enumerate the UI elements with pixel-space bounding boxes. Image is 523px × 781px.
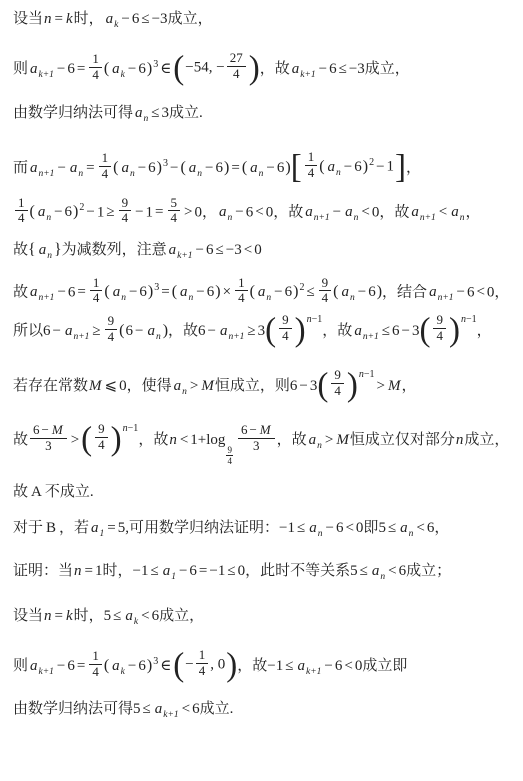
operator: − [322, 658, 334, 674]
exponent: n−1 [359, 369, 375, 382]
variable-with-subscript: an [370, 563, 386, 579]
text: −54, − [185, 60, 224, 76]
operator: ≤ [283, 658, 295, 674]
variable-with-subscript: an [217, 204, 233, 220]
subscript: k+1 [39, 70, 54, 80]
subscript: n+1 [314, 213, 330, 223]
delimited-group: (94)n−1 [419, 314, 476, 347]
open-delimiter-icon: ( [265, 313, 276, 347]
subscript: n [46, 213, 51, 223]
variable: k [65, 11, 74, 27]
numerator: 1 [89, 649, 102, 665]
numerator: 6−M [30, 423, 67, 439]
text: 成立， [464, 432, 509, 448]
text: 6 [354, 159, 362, 175]
open-delimiter-icon: ( [419, 313, 430, 347]
operator: < [437, 204, 449, 220]
operator: − [136, 160, 148, 176]
fraction: 14 [305, 150, 318, 180]
variable: M [51, 422, 64, 437]
operator: = [75, 61, 87, 77]
subscript: k+1 [39, 667, 54, 677]
math-line-12: 对于B，若a1=5,可用数学归纳法证明：−1≤an−6<0即5≤an<6， [13, 519, 519, 541]
denominator: 4 [331, 384, 344, 399]
subscript: k+1 [306, 667, 321, 677]
subscript: n [266, 293, 271, 303]
text: 3 [310, 378, 318, 394]
open-delimiter-icon: ( [173, 51, 184, 85]
denominator: 4 [89, 665, 102, 680]
variable-with-subscript: an+1 [303, 204, 330, 220]
subscript: k+1 [300, 70, 315, 80]
text: −1 [279, 520, 295, 536]
operator: − [264, 160, 276, 176]
variable-with-subscript: an [37, 242, 53, 258]
text: 3 [412, 323, 420, 339]
delimited-group: (an−6)2 [319, 159, 374, 175]
math-line-3: 由数学归纳法可得an≤3成立. [13, 104, 519, 126]
numerator: 1 [196, 648, 209, 664]
group-content: an−6 [35, 204, 73, 220]
numerator: 9 [105, 314, 118, 330]
operator: − [51, 323, 63, 339]
operator: < [414, 520, 426, 536]
text: −3 [152, 11, 168, 27]
text: ， [477, 323, 492, 339]
variable-with-subscript: an [398, 520, 414, 536]
text: ， [202, 204, 217, 220]
variable: a [112, 284, 122, 300]
variable: a [327, 159, 337, 175]
text: 3 [162, 105, 170, 121]
close-delimiter-icon: ) [147, 657, 152, 674]
operator: − [133, 323, 145, 339]
text: , 0 [210, 657, 225, 673]
group-content: an−6 [339, 284, 377, 300]
subscript: n [121, 293, 126, 303]
operator: > [69, 432, 81, 448]
operator: < [474, 284, 486, 300]
text: −1 [209, 563, 225, 579]
group-content: 94 [276, 315, 295, 345]
text: 6 [207, 284, 215, 300]
variable: a [168, 242, 178, 258]
fraction: 94 [433, 313, 446, 343]
open-delimiter-icon: ( [173, 648, 184, 682]
fraction: 274 [227, 51, 246, 81]
variable: a [162, 563, 172, 579]
group-content: 94 [430, 315, 449, 345]
variable: n [43, 608, 53, 624]
operator: − [206, 323, 218, 339]
operator: − [323, 520, 335, 536]
subscript: n [228, 213, 233, 223]
text: 1+ [190, 432, 206, 448]
text: 6 [216, 160, 224, 176]
variable: a [111, 658, 121, 674]
group-content: 94 [92, 424, 111, 454]
operator: − [272, 284, 284, 300]
subscript: k [114, 20, 118, 30]
numerator: 6−M [238, 423, 275, 439]
log-base-numerator: 9 [226, 445, 233, 456]
text: 故 [13, 284, 28, 300]
text: 6 [43, 323, 51, 339]
log-base-fraction: 94 [226, 445, 233, 467]
fraction: 14 [15, 196, 28, 226]
subscript: 1 [100, 529, 105, 539]
variable: n [455, 432, 465, 448]
text: 由数学归纳法可得 [13, 701, 133, 717]
text: 6 [65, 204, 73, 220]
subscript: n+1 [438, 293, 454, 303]
operator: = [153, 204, 165, 220]
delimited-group: (an−6)2 [250, 284, 305, 300]
subscript: n+1 [39, 293, 55, 303]
math-line-7: 故an+1−6=14(an−6)3=(an−6)×14(an−6)2≤94(an… [13, 278, 519, 308]
text: 时， [74, 608, 104, 624]
text: 成立即 [362, 658, 407, 674]
operator: − [247, 422, 258, 437]
text: ，此时不等关系 [245, 563, 350, 579]
delimited-group: (−14, 0) [173, 649, 237, 682]
operator: − [194, 284, 206, 300]
operator: ≤ [358, 563, 370, 579]
operator: ≥ [90, 323, 102, 339]
subscript: n+1 [39, 169, 55, 179]
denominator: 4 [95, 438, 108, 453]
close-delimiter-icon: ) [73, 203, 78, 220]
text: ，故 [260, 61, 290, 77]
subscript: n [354, 213, 359, 223]
operator: > [182, 204, 194, 220]
operator: < [342, 658, 354, 674]
denominator: 4 [235, 291, 248, 306]
operator: − [177, 563, 189, 579]
subscript: n [350, 293, 355, 303]
denominator: 3 [250, 439, 263, 454]
text: 成立. [169, 105, 203, 121]
variable-with-subscript: an+1 [409, 204, 436, 220]
numerator: 9 [95, 422, 108, 438]
text: 时， [74, 11, 104, 27]
variable-with-subscript: an [36, 204, 52, 220]
operator: − [55, 658, 67, 674]
variable: a [341, 284, 351, 300]
delimited-group: (94)n−1 [81, 423, 138, 456]
text: 6 [189, 563, 197, 579]
variable: k [65, 608, 74, 624]
variable-with-subscript: an [172, 378, 188, 394]
fraction: 94 [105, 314, 118, 344]
fraction: 94 [95, 422, 108, 452]
text: 6 [206, 242, 214, 258]
group-content: an−6 [325, 159, 363, 175]
variable: a [120, 160, 130, 176]
math-line-13: 证明：当n=1时，−1≤a1−6=−1≤0，此时不等关系5≤an<6成立； [13, 562, 519, 584]
math-line-16: 由数学归纳法可得5≤ak+1<6成立. [13, 700, 519, 722]
numerator: 5 [168, 196, 181, 212]
text: − [185, 657, 193, 673]
text: 6 [67, 658, 75, 674]
open-delimiter-icon: ( [317, 368, 328, 402]
variable: n [43, 11, 53, 27]
denominator: 4 [305, 166, 318, 181]
text: ，故 [273, 204, 303, 220]
operator: ≤ [141, 701, 153, 717]
text: 6 [368, 284, 376, 300]
close-delimiter-icon: ) [111, 422, 122, 456]
denominator: 4 [433, 329, 446, 344]
operator: × [221, 284, 233, 300]
variable: a [29, 658, 39, 674]
text: 所以 [13, 323, 43, 339]
subscript: n [259, 169, 264, 179]
variable-with-subscript: ak [110, 658, 126, 674]
variable: a [450, 204, 460, 220]
text: 0 [194, 204, 202, 220]
operator: < [180, 701, 192, 717]
text: −1 [466, 314, 477, 325]
text: 1 [146, 204, 154, 220]
denominator: 4 [119, 211, 132, 226]
open-delimiter-icon: { [28, 241, 36, 258]
delimited-group: (an−6) [180, 160, 229, 176]
text: 5, [118, 520, 129, 536]
operator: > [323, 432, 335, 448]
fraction: 14 [90, 276, 103, 306]
operator: − [127, 284, 139, 300]
operator: ≤ [380, 323, 392, 339]
operator: ≤ [304, 284, 316, 300]
subscript: n [144, 114, 149, 124]
log-base-denominator: 4 [226, 456, 233, 466]
variable: a [188, 160, 198, 176]
text: 证明：当 [13, 563, 73, 579]
delimited-group: (−54, −274) [173, 52, 259, 85]
operator: − [55, 284, 67, 300]
variable: a [124, 608, 134, 624]
math-line-14: 设当n=k时，5≤ak<6成立， [13, 607, 519, 629]
group-content: an−6 [255, 284, 293, 300]
delimited-group: (94)n−1 [317, 369, 374, 402]
math-line-1: 设当n=k时，ak−6≤−3成立， [13, 10, 519, 32]
operator: = [75, 658, 87, 674]
operator: − [342, 159, 354, 175]
operator: ≥ [245, 323, 257, 339]
text: 6 [139, 284, 147, 300]
subscript: n [318, 529, 323, 539]
text: 5 [350, 563, 358, 579]
subscript: n [130, 169, 135, 179]
numerator: 1 [305, 150, 318, 166]
variable-with-subscript: an [145, 323, 161, 339]
subscript: n [189, 293, 194, 303]
text: 成立， [159, 608, 204, 624]
text: 6 [329, 61, 337, 77]
variable-with-subscript: an [248, 160, 264, 176]
text: −3 [226, 242, 242, 258]
operator: = [83, 563, 95, 579]
variable: a [111, 61, 121, 77]
variable-with-subscript: a1 [161, 563, 177, 579]
close-delimiter-icon: ) [157, 159, 162, 176]
operator: ≤ [386, 520, 398, 536]
variable-with-subscript: an [256, 284, 272, 300]
group-content: ak−6 [109, 658, 147, 674]
operator: − [55, 160, 67, 176]
open-delimiter-icon: ( [333, 283, 338, 300]
group-content: 94 [328, 370, 347, 400]
text: 则 [13, 658, 28, 674]
math-line-6: 故{an}为减数列，注意ak+1−6≤−3<0 [13, 240, 519, 263]
variable: a [146, 323, 156, 339]
text: 设当 [13, 608, 43, 624]
text: −1 [267, 658, 283, 674]
variable-with-subscript: an [133, 105, 149, 121]
subscript: n [182, 387, 187, 397]
close-delimiter-icon: ) [293, 283, 298, 300]
fraction: 6−M3 [238, 423, 275, 453]
text: 不成立. [45, 484, 94, 500]
text: ， [406, 160, 421, 176]
variable-with-subscript: an+1 [28, 160, 55, 176]
variable-with-subscript: an [449, 204, 465, 220]
variable: a [37, 204, 47, 220]
text: 6 [138, 658, 146, 674]
variable-with-subscript: an [111, 284, 127, 300]
variable: M [259, 422, 272, 437]
operator: − [194, 242, 206, 258]
numerator: 1 [90, 276, 103, 292]
operator: ≥ [104, 204, 116, 220]
operator: = [105, 520, 117, 536]
delimited-group: [14(an−6)2−1] [291, 151, 406, 184]
text: ，故 [138, 432, 168, 448]
text: 6 [148, 160, 156, 176]
text: ，故 [277, 432, 307, 448]
delimited-group: (94)n−1 [265, 314, 322, 347]
variable: a [29, 61, 39, 77]
delimited-group: (an−6)2 [30, 204, 85, 220]
variable-with-subscript: ak+1 [295, 658, 322, 674]
text: 6 [192, 701, 200, 717]
variable-with-subscript: an [68, 160, 84, 176]
subscript: n [460, 213, 465, 223]
delimited-group: {an} [28, 242, 62, 258]
text: ，故 [322, 323, 352, 339]
operator: ≤ [225, 563, 237, 579]
exponent: n−1 [307, 314, 323, 327]
fraction: 14 [235, 276, 248, 306]
operator: = [197, 563, 209, 579]
math-line-9: 若存在常数M⩽0，使得an>M恒成立，则6−3(94)n−1>M， [13, 370, 519, 403]
text: ， [127, 378, 142, 394]
denominator: 4 [168, 211, 181, 226]
delimited-group: (ak−6)3 [104, 658, 158, 674]
variable: a [38, 242, 48, 258]
denominator: 4 [90, 291, 103, 306]
fraction: 94 [119, 196, 132, 226]
operator: < [242, 242, 254, 258]
delimited-group: (an−6) [333, 284, 382, 300]
variable: a [308, 432, 318, 448]
text: 设当 [13, 11, 43, 27]
operator: − [454, 284, 466, 300]
math-line-11: 故A不成立. [13, 483, 519, 502]
variable-with-subscript: an [307, 520, 323, 536]
operator: − [203, 160, 215, 176]
variable: a [219, 323, 229, 339]
numerator: 9 [331, 368, 344, 384]
variable-with-subscript: an+1 [427, 284, 454, 300]
operator: ≤ [295, 520, 307, 536]
text: −1 [364, 369, 375, 380]
numerator: 27 [227, 51, 246, 67]
variable-with-subscript: an [326, 159, 342, 175]
group-content: an−6 [110, 284, 148, 300]
variable-with-subscript: ak+1 [28, 61, 55, 77]
text: 6 [198, 323, 206, 339]
math-line-4: 而an+1−an=14(an−6)3−(an−6)=(an−6)[14(an−6… [13, 152, 519, 185]
variable: a [371, 563, 381, 579]
text: 3 [258, 323, 266, 339]
subscript: n [409, 529, 414, 539]
variable-with-subscript: ak+1 [28, 658, 55, 674]
variable: a [173, 378, 183, 394]
text: −1 [312, 314, 323, 325]
delimited-group: (an−6) [172, 284, 221, 300]
text: 5 [133, 701, 141, 717]
text: ，若 [59, 520, 89, 536]
variable: a [134, 105, 144, 121]
operator: ≤ [149, 105, 161, 121]
numerator: 9 [319, 276, 332, 292]
operator: = [84, 160, 96, 176]
close-delimiter-icon: ) [363, 158, 368, 175]
operator: > [374, 378, 386, 394]
text: 6 [399, 563, 407, 579]
operator: ≤ [139, 11, 151, 27]
variable: n [73, 563, 83, 579]
group-content: 6−an [124, 323, 162, 339]
operator: − [317, 61, 329, 77]
text: 0 [119, 378, 127, 394]
delimited-group: (6−an) [119, 323, 168, 339]
variable-with-subscript: ak [110, 61, 126, 77]
denominator: 4 [105, 330, 118, 345]
fraction: 94 [319, 276, 332, 306]
variable-with-subscript: an [187, 160, 203, 176]
subscript: k+1 [163, 710, 178, 720]
variable: a [154, 701, 164, 717]
operator: − [84, 204, 96, 220]
text: 由数学归纳法可得 [13, 105, 133, 121]
variable: M [200, 378, 215, 394]
operator: − [133, 204, 145, 220]
operator: ≤ [148, 563, 160, 579]
text: 时， [102, 563, 132, 579]
variable-with-subscript: ak+1 [290, 61, 317, 77]
close-delimiter-icon: ) [148, 283, 153, 300]
numerator: 9 [119, 196, 132, 212]
math-line-5: 14(an−6)2−1≥94−1=54>0，an−6<0，故an+1−an<0，… [13, 198, 519, 228]
group-content: −54, −274 [184, 53, 248, 83]
variable: a [29, 160, 39, 176]
group-content: an−6 [247, 160, 285, 176]
operator: ≤ [337, 61, 349, 77]
delimited-group: (an−6) [242, 160, 291, 176]
